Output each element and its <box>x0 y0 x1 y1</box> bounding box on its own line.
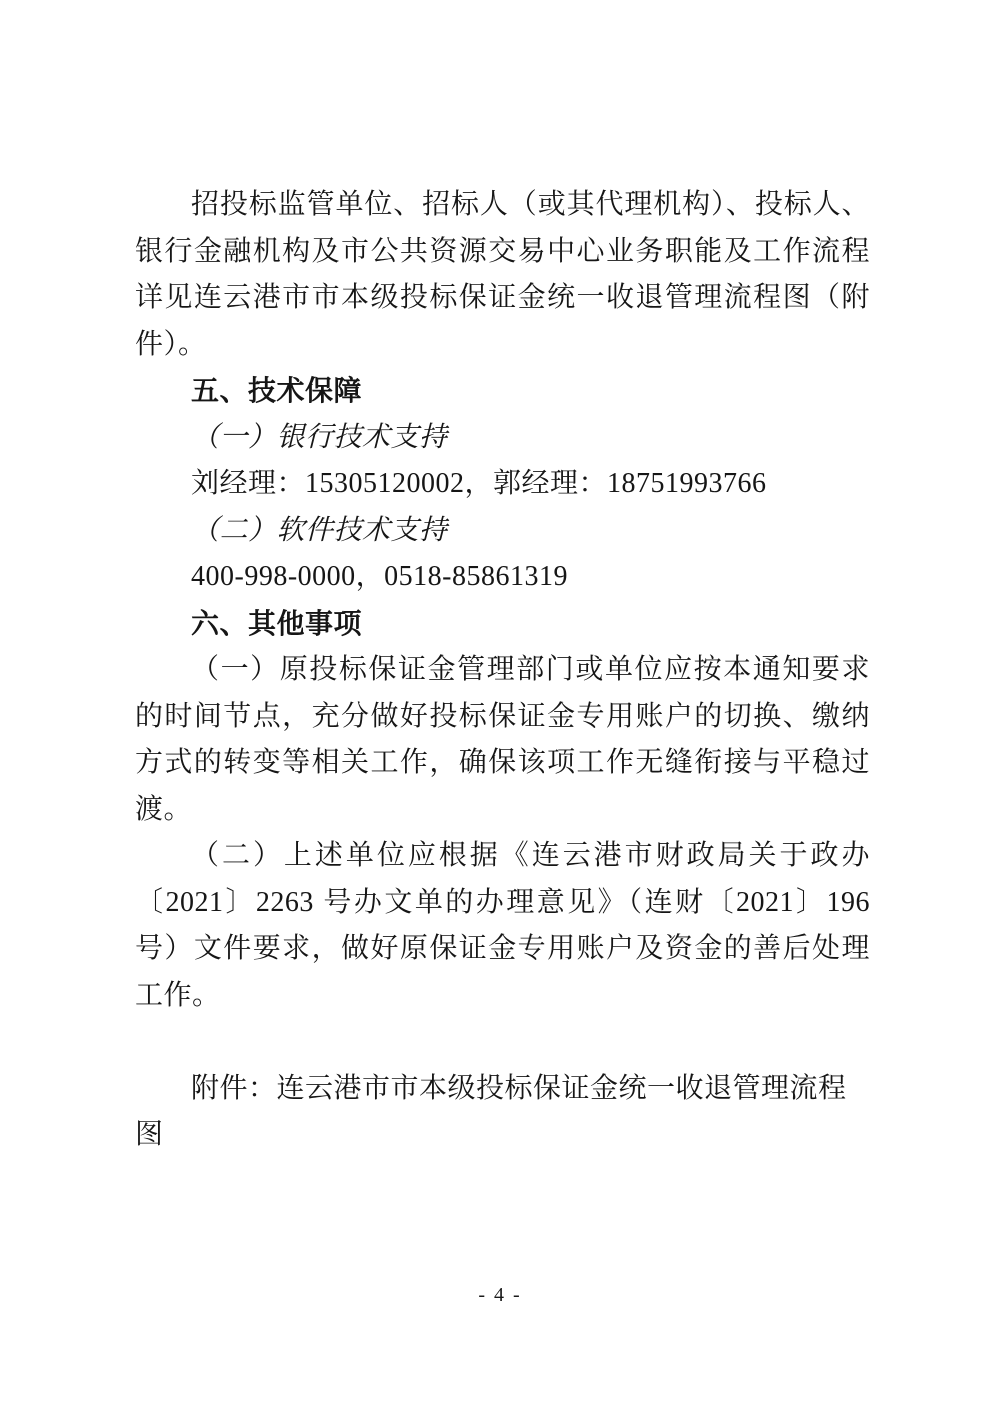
document-page: 招投标监管单位、招标人（或其代理机构）、投标人、银行金融机构及市公共资源交易中心… <box>0 0 1000 1414</box>
document-body: 招投标监管单位、招标人（或其代理机构）、投标人、银行金融机构及市公共资源交易中心… <box>135 182 870 1159</box>
page-footer: - 4 - <box>0 1284 1000 1307</box>
section-5-heading: 五、技术保障 <box>135 368 870 415</box>
section-6-item-1: （一）原投标保证金管理部门或单位应按本通知要求的时间节点，充分做好投标保证金专用… <box>135 647 870 833</box>
bank-contact-line: 刘经理：15305120002，郭经理：18751993766 <box>135 461 870 508</box>
software-contact-line: 400-998-0000，0518-85861319 <box>135 554 870 601</box>
paragraph-workflow-intro: 招投标监管单位、招标人（或其代理机构）、投标人、银行金融机构及市公共资源交易中心… <box>135 182 870 368</box>
section-5-sub-1-heading: （一）银行技术支持 <box>135 415 870 462</box>
attachment-line: 附件：连云港市市本级投标保证金统一收退管理流程图 <box>135 1066 870 1159</box>
section-6-item-2: （二）上述单位应根据《连云港市财政局关于政办〔2021〕2263 号办文单的办理… <box>135 833 870 1019</box>
section-6-heading: 六、其他事项 <box>135 601 870 648</box>
page-number: - 4 - <box>478 1284 521 1306</box>
section-5-sub-2-heading: （二）软件技术支持 <box>135 508 870 555</box>
